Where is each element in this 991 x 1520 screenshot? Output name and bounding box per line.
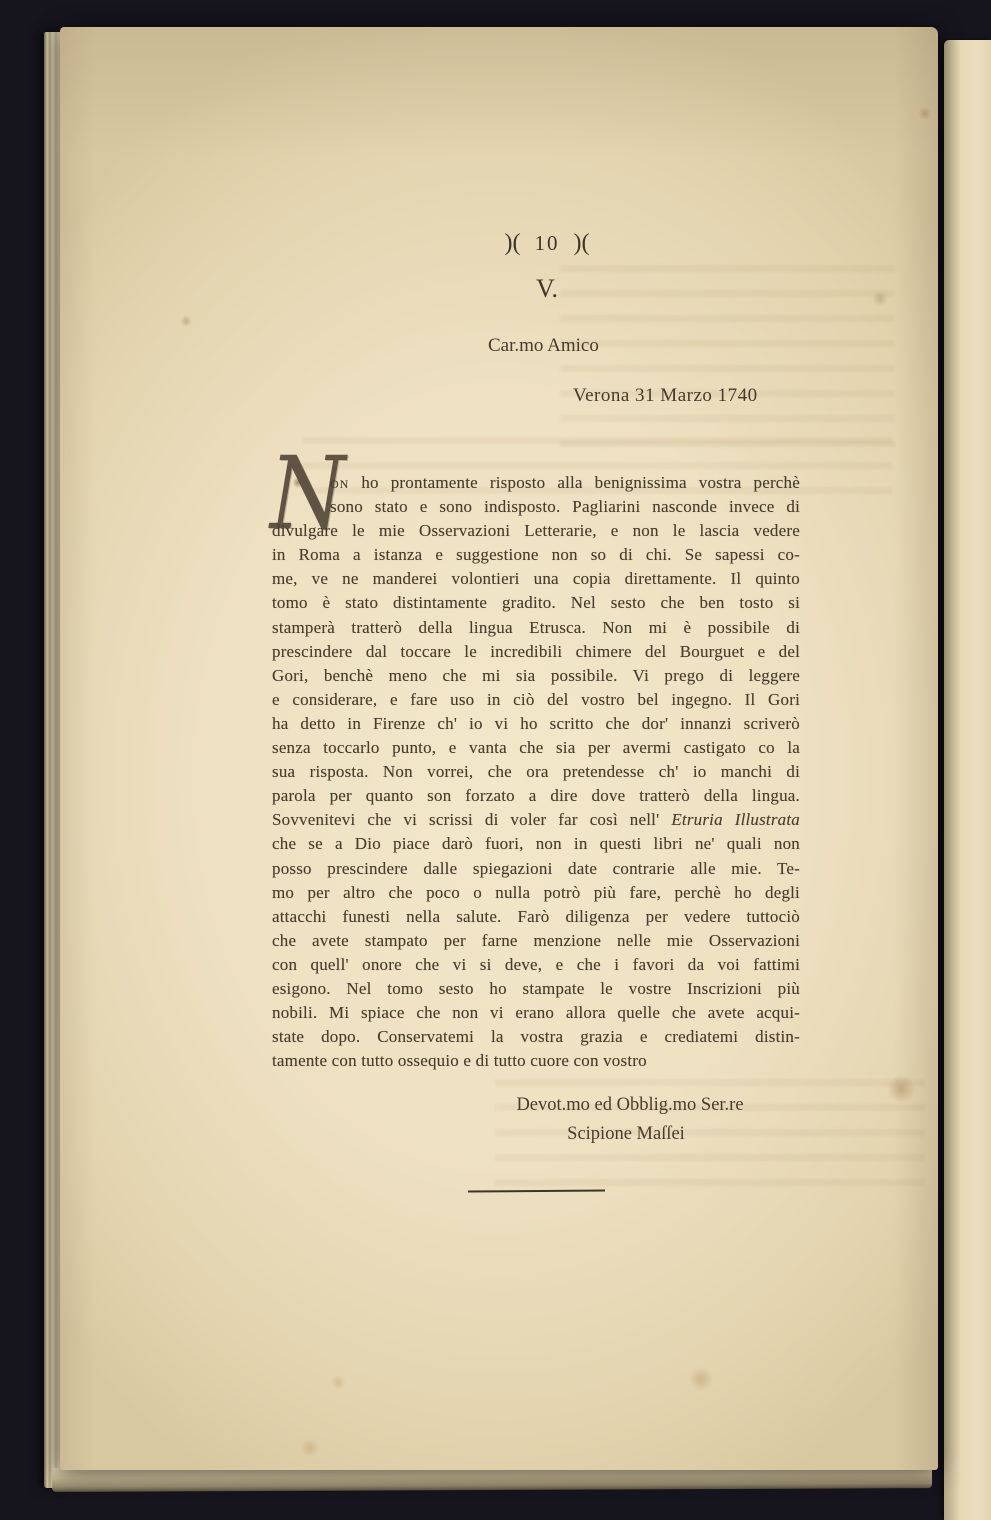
left-paren-mark: )( bbox=[505, 230, 521, 256]
signature: Scipione Maſſei bbox=[567, 1124, 685, 1145]
body-line: posso prescindere dalle spiegazioni date… bbox=[272, 857, 800, 881]
stain-spot bbox=[688, 1367, 714, 1391]
body-line: on ho prontamente risposto alla benignis… bbox=[272, 471, 800, 495]
stain-spot bbox=[330, 1375, 346, 1390]
page-number: 10 bbox=[521, 231, 574, 255]
next-page-edge bbox=[944, 40, 991, 1520]
body-line: in Roma a istanza e suggestione non so d… bbox=[272, 543, 800, 567]
body-line: con quell' onore che vi si deve, e che i… bbox=[272, 953, 800, 977]
body-line: sono stato e sono indisposto. Pagliarini… bbox=[272, 495, 800, 519]
body-line: tomo è stato distintamente gradito. Nel … bbox=[272, 591, 800, 615]
body-line: state dopo. Conservatemi la vostra grazi… bbox=[272, 1025, 800, 1049]
stain-spot bbox=[886, 1075, 916, 1103]
right-paren-mark: )( bbox=[574, 230, 590, 256]
salutation: Car.mo Amico bbox=[488, 335, 599, 357]
body-line: ha detto in Firenze ch' io vi ho scritto… bbox=[272, 712, 800, 736]
section-heading: V. bbox=[536, 274, 558, 304]
dateline: Verona 31 Marzo 1740 bbox=[573, 385, 758, 407]
body-line: che se a Dio piace darò fuori, non in qu… bbox=[272, 832, 800, 856]
closing-valediction: Devot.mo ed Obblig.mo Ser.re bbox=[516, 1095, 743, 1116]
ink-bleed-through bbox=[560, 265, 895, 465]
body-line: Sovvenitevi che vi scrissi di voler far … bbox=[272, 808, 800, 832]
body-line: tamente con tutto ossequio e di tutto cu… bbox=[272, 1049, 800, 1073]
body-line: Gori, benchè meno che mi sia possibile. … bbox=[272, 664, 800, 688]
body-line: senza toccarlo punto, e vanta che sia pe… bbox=[272, 736, 800, 760]
stain-spot bbox=[180, 315, 192, 327]
body-line: divulgare le mie Osservazioni Letterarie… bbox=[272, 519, 800, 543]
body-line: mo per altro che poco o nulla potrò più … bbox=[272, 881, 800, 905]
body-line: prescindere dal toccare le incredibili c… bbox=[272, 640, 800, 664]
body-line: attacchi funesti nella salute. Farò dili… bbox=[272, 905, 800, 929]
body-line: parola per quanto son forzato a dire dov… bbox=[272, 784, 800, 808]
stain-spot bbox=[300, 1439, 320, 1457]
body-line: me, ve ne manderei volontieri una copia … bbox=[272, 567, 800, 591]
page-content: )(10)( V. Car.mo Amico Verona 31 Marzo 1… bbox=[60, 27, 938, 1470]
body-line: che avete stampato per farne menzione ne… bbox=[272, 929, 800, 953]
letter-body: on ho prontamente risposto alla benignis… bbox=[272, 471, 800, 1073]
body-line: e considerare, e fare uso in ciò del vos… bbox=[272, 688, 800, 712]
body-line: nobili. Mi spiace che non vi erano allor… bbox=[272, 1001, 800, 1025]
page-number-header: )(10)( bbox=[505, 230, 590, 257]
scanned-page: )(10)( V. Car.mo Amico Verona 31 Marzo 1… bbox=[60, 27, 938, 1470]
body-line: esigono. Nel tomo sesto ho stampate le v… bbox=[272, 977, 800, 1001]
stain-spot bbox=[918, 107, 932, 120]
body-line: sua risposta. Non vorrei, che ora preten… bbox=[272, 760, 800, 784]
body-line: stamperà tratterò della lingua Etrusca. … bbox=[272, 616, 800, 640]
stain-spot bbox=[872, 291, 888, 306]
